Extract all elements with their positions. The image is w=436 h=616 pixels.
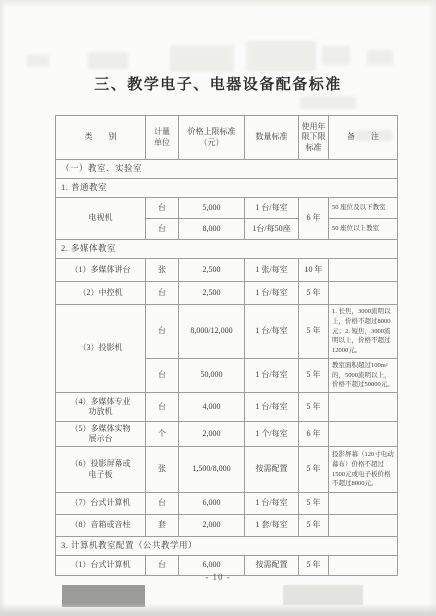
bleedthrough-artifact	[322, 46, 350, 65]
header-line: 使用年	[301, 122, 326, 132]
cell-unit: 张	[146, 259, 179, 282]
table-row-display-stand: （5）多媒体实物 展示台 个 2,000 1 个/每室 6 年	[56, 422, 398, 447]
table-row-speakers: （8）音箱或音柱 套 2,000 1 套/每室 5 年	[56, 515, 398, 537]
cell-quantity: 1 台/每室	[245, 393, 299, 422]
cell-years: 6 年	[299, 198, 329, 240]
cell-price: 8,000/12,000	[179, 305, 245, 359]
header-line: （元）	[181, 138, 242, 148]
cell-remark	[329, 422, 398, 447]
cell-quantity: 1 套/每室	[245, 515, 299, 537]
cell-price: 4,000	[179, 393, 245, 422]
document-title: 三、教学电子、电器设备配备标准	[0, 73, 436, 94]
cell-price: 2,500	[179, 259, 245, 282]
table-row-central-control: （2）中控机 台 2,500 1 台/每室 5 年	[56, 282, 398, 305]
cell-years: 5 年	[299, 447, 329, 493]
cell-category: （5）多媒体实物 展示台	[56, 422, 146, 447]
cell-quantity: 1 台/每室	[245, 198, 299, 219]
bleedthrough-artifact	[367, 50, 393, 65]
cell-price: 5,000	[179, 198, 245, 219]
table-row-podium: （1）多媒体讲台 张 2,500 1 张/每室 10 年	[56, 259, 398, 282]
cell-years: 10 年	[299, 259, 329, 282]
cell-remark: 50 座位及以下教室	[329, 198, 398, 219]
cell-category: （1）多媒体讲台	[56, 259, 146, 282]
subsection-row-computer-classroom: 3. 计算机教室配置（公共教学用）	[56, 537, 398, 556]
cell-remark	[329, 282, 398, 305]
col-header-unit: 计量 单位	[146, 116, 179, 160]
cell-category: （6）投影屏幕或 电子板	[56, 447, 146, 493]
subsection-row-ordinary-classroom: 1. 普通教室	[56, 179, 398, 198]
bleedthrough-artifact	[27, 55, 49, 67]
bleedthrough-artifact	[88, 52, 128, 69]
header-line: 标准	[301, 143, 326, 153]
bleedthrough-artifact	[300, 96, 356, 109]
cell-remark	[329, 493, 398, 515]
cell-years: 5 年	[299, 493, 329, 515]
cell-category: （3）投影机	[56, 305, 146, 393]
cell-remark: 投影屏幕（120寸电动幕布）价格不超过1500元或电子板价格不超过8000元。	[329, 447, 398, 493]
cell-unit: 个	[146, 422, 179, 447]
cell-quantity: 1 台/每室	[245, 358, 299, 392]
cell-category: （4）多媒体专业 功放机	[56, 393, 146, 422]
cell-remark: 1. 长焦，3000流明以上，价格不超过8000元；2. 短焦，3000流明以上…	[329, 305, 398, 359]
subsection-row-multimedia-classroom: 2. 多媒体教室	[56, 240, 398, 259]
cell-price: 2,000	[179, 515, 245, 537]
equipment-standards-table: 类 别 计量 单位 价格上限标准 （元） 数量标准 使用年 限下限 标准 备 注…	[55, 115, 398, 576]
cell-category: （2）中控机	[56, 282, 146, 305]
header-line: 单位	[148, 138, 176, 148]
cell-quantity: 1 台/每室	[245, 282, 299, 305]
cell-years: 5 年	[299, 393, 329, 422]
cell-category: 电视机	[56, 198, 146, 240]
table-header-row: 类 别 计量 单位 价格上限标准 （元） 数量标准 使用年 限下限 标准 备 注	[56, 116, 398, 160]
subsection-label: 2. 多媒体教室	[56, 240, 398, 259]
cell-quantity: 1台/每50座	[245, 219, 299, 240]
cell-remark: 50 座位以上教室	[329, 219, 398, 240]
cell-price: 8,000	[179, 219, 245, 240]
col-header-price: 价格上限标准 （元）	[179, 116, 245, 160]
cell-price: 50,000	[179, 358, 245, 392]
cell-years: 5 年	[299, 358, 329, 392]
subsection-label: 3. 计算机教室配置（公共教学用）	[56, 537, 398, 556]
header-line: 限下限	[301, 132, 326, 142]
col-header-quantity: 数量标准	[245, 116, 299, 160]
col-header-remark: 备 注	[329, 116, 398, 160]
cell-quantity: 1 个/每室	[245, 422, 299, 447]
col-header-category: 类 别	[56, 116, 146, 160]
cell-quantity: 1 台/每室	[245, 305, 299, 359]
table-row-amplifier: （4）多媒体专业 功放机 台 4,000 1 台/每室 5 年	[56, 393, 398, 422]
bleedthrough-artifact	[246, 41, 316, 71]
header-line: 计量	[148, 127, 176, 137]
cell-remark	[329, 515, 398, 537]
cell-years: 6 年	[299, 422, 329, 447]
cell-unit: 台	[146, 282, 179, 305]
cell-category: （8）音箱或音柱	[56, 515, 146, 537]
scanned-page: 三、教学电子、电器设备配备标准 类 别 计量 单位 价格上限标准 （元） 数量标…	[0, 0, 436, 616]
cell-price: 6,000	[179, 493, 245, 515]
col-header-years: 使用年 限下限 标准	[299, 116, 329, 160]
cell-remark: 教室面积超过100m²的，5000流明以上，价格不超过50000元。	[329, 358, 398, 392]
page-number: - 10 -	[0, 572, 436, 582]
cell-remark	[329, 393, 398, 422]
cell-unit: 台	[146, 219, 179, 240]
cell-remark	[329, 259, 398, 282]
bleedthrough-artifact	[283, 585, 363, 605]
cell-unit: 台	[146, 493, 179, 515]
cell-unit: 台	[146, 198, 179, 219]
table-row-desktop-pc: （7）台式计算机 台 6,000 1 台/每室 5 年	[56, 493, 398, 515]
cell-years: 5 年	[299, 515, 329, 537]
cell-unit: 台	[146, 305, 179, 359]
table-row-screen-board: （6）投影屏幕或 电子板 张 1,500/8,000 按需配置 5 年 投影屏幕…	[56, 447, 398, 493]
cell-unit: 台	[146, 358, 179, 392]
section-label: （一）教室、实验室	[56, 160, 398, 179]
section-row-classrooms: （一）教室、实验室	[56, 160, 398, 179]
redaction-block	[62, 585, 145, 607]
cell-years: 5 年	[299, 282, 329, 305]
header-line: 价格上限标准	[181, 127, 242, 137]
table-row-projector-a: （3）投影机 台 8,000/12,000 1 台/每室 5 年 1. 长焦，3…	[56, 305, 398, 359]
cell-price: 1,500/8,000	[179, 447, 245, 493]
cell-quantity: 按需配置	[245, 447, 299, 493]
cell-quantity: 1 台/每室	[245, 493, 299, 515]
cell-quantity: 1 张/每室	[245, 259, 299, 282]
cell-unit: 张	[146, 447, 179, 493]
cell-price: 2,500	[179, 282, 245, 305]
bleedthrough-artifact	[170, 45, 234, 72]
cell-price: 2,000	[179, 422, 245, 447]
cell-years: 5 年	[299, 305, 329, 359]
cell-unit: 套	[146, 515, 179, 537]
table-row-tv-a: 电视机 台 5,000 1 台/每室 6 年 50 座位及以下教室	[56, 198, 398, 219]
cell-unit: 台	[146, 393, 179, 422]
subsection-label: 1. 普通教室	[56, 179, 398, 198]
cell-category: （7）台式计算机	[56, 493, 146, 515]
